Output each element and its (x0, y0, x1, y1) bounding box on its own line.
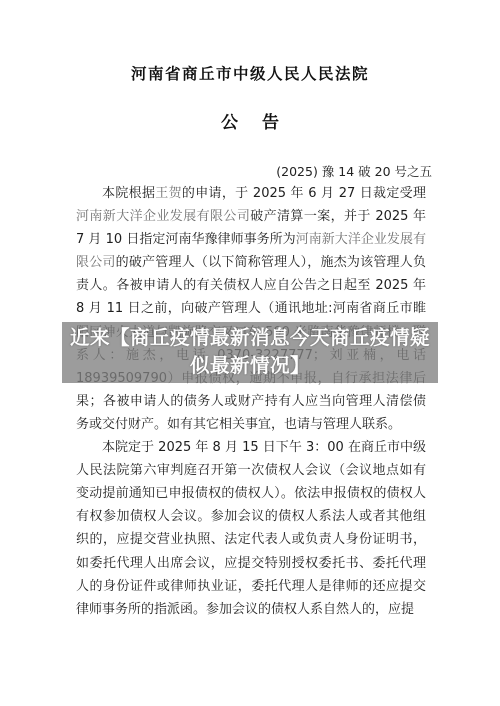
text-segment: 本院根据 (102, 186, 155, 201)
notice-title: 公告 (0, 108, 500, 133)
court-name-heading: 河南省商丘市中级人民人民法院 (0, 62, 500, 84)
case-number: (2025) 豫 14 破 20 号之五 (276, 162, 432, 180)
applicant-name: 王贺 (155, 186, 182, 201)
headline-banner-text: 近来【商丘疫情最新消息今天商丘疫情疑似最新情况】 (62, 324, 438, 380)
paragraph-1: 本院根据王贺的申请，于 2025 年 6 月 27 日裁定受理河南新大洋企业发展… (76, 182, 426, 436)
paragraph-2: 本院定于 2025 年 8 月 15 日下午 3：00 在商丘市中级人民法院第六… (76, 436, 426, 621)
text-segment: 本院定于 2025 年 8 月 15 日下午 3：00 在商丘市中级人民法院第六… (76, 440, 426, 617)
company-name: 河南新大洋企业发展有限公司 (76, 209, 250, 224)
notice-body: 本院根据王贺的申请，于 2025 年 6 月 27 日裁定受理河南新大洋企业发展… (76, 182, 426, 621)
text-segment: 的申请，于 2025 年 6 月 27 日裁定受理 (182, 186, 426, 201)
